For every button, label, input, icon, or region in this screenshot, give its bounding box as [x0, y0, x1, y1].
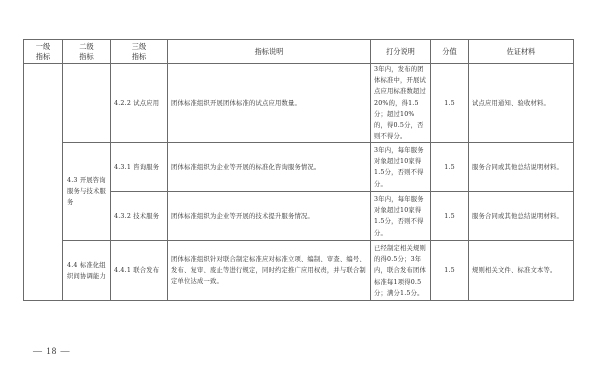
cell-points: 1.5	[431, 64, 469, 143]
evaluation-index-table: 一级指标 二级指标 三级指标 指标说明 打分说明 分值 佐证材料 4.2.2 试…	[23, 39, 574, 301]
cell-scoring: 已经制定相关规则的得0.5分；3年内，联合发布团体标准每1项得0.5分；满分1.…	[371, 241, 431, 301]
cell-description: 团体标准组织开展团体标准的试点应用数量。	[168, 64, 371, 143]
cell-evidence: 服务合同或其他总结说明材料。	[469, 192, 574, 241]
cell-level3: 4.2.2 试点应用	[111, 64, 168, 143]
cell-evidence: 试点应用通知、验收材料。	[469, 64, 574, 143]
cell-points: 1.5	[431, 192, 469, 241]
header-level3-line1: 三级	[132, 42, 146, 51]
cell-level2	[63, 64, 111, 143]
cell-level3: 4.3.2 技术服务	[111, 192, 168, 241]
cell-description: 团体标准组织针对联合制定标准应对标准立项、编制、审查、编号、发布、复审、废止等进…	[168, 241, 371, 301]
header-row: 一级指标 二级指标 三级指标 指标说明 打分说明 分值 佐证材料	[24, 40, 574, 64]
page-number: — 18 —	[33, 346, 71, 356]
header-level2: 二级指标	[63, 40, 111, 64]
header-points: 分值	[431, 40, 469, 64]
header-level2-line2: 指标	[79, 52, 93, 61]
cell-points: 1.5	[431, 241, 469, 301]
cell-description: 团体标准组织为企业等开展的标准化咨询服务情况。	[168, 143, 371, 192]
cell-description: 团体标准组织为企业等开展的技术提升服务情况。	[168, 192, 371, 241]
document-page: 一级指标 二级指标 三级指标 指标说明 打分说明 分值 佐证材料 4.2.2 试…	[0, 0, 600, 374]
cell-level3: 4.3.1 咨询服务	[111, 143, 168, 192]
header-level3-line2: 指标	[132, 52, 146, 61]
cell-evidence: 规则相关文件、标准文本等。	[469, 241, 574, 301]
header-evidence: 佐证材料	[469, 40, 574, 64]
header-level3: 三级指标	[111, 40, 168, 64]
cell-level3: 4.4.1 联合发布	[111, 241, 168, 301]
header-level1: 一级指标	[24, 40, 63, 64]
table-row: 4.2.2 试点应用 团体标准组织开展团体标准的试点应用数量。 3年内，发布的团…	[24, 64, 574, 143]
header-scoring: 打分说明	[371, 40, 431, 64]
cell-level2: 4.4 标准化组织间协调能力	[63, 241, 111, 301]
cell-evidence: 服务合同或其他总结说明材料。	[469, 143, 574, 192]
cell-level2: 4.3 开展咨询服务与技术服务	[63, 143, 111, 241]
header-description: 指标说明	[168, 40, 371, 64]
header-level2-line1: 二级	[79, 42, 93, 51]
table-row: 4.4 标准化组织间协调能力 4.4.1 联合发布 团体标准组织针对联合制定标准…	[24, 241, 574, 301]
header-level1-line2: 指标	[36, 52, 50, 61]
table-row: 4.3 开展咨询服务与技术服务 4.3.1 咨询服务 团体标准组织为企业等开展的…	[24, 143, 574, 192]
header-level1-line1: 一级	[36, 42, 50, 51]
cell-scoring: 3年内，每年服务对象超过10家得1.5分，否则不得分。	[371, 143, 431, 192]
cell-points: 1.5	[431, 143, 469, 192]
cell-scoring: 3年内，每年服务对象超过10家得1.5分，否则不得分。	[371, 192, 431, 241]
cell-scoring: 3年内，发布的团体标准中，开展试点应用标准数超过20%的，得1.5分；超过10%…	[371, 64, 431, 143]
cell-level1	[24, 64, 63, 301]
